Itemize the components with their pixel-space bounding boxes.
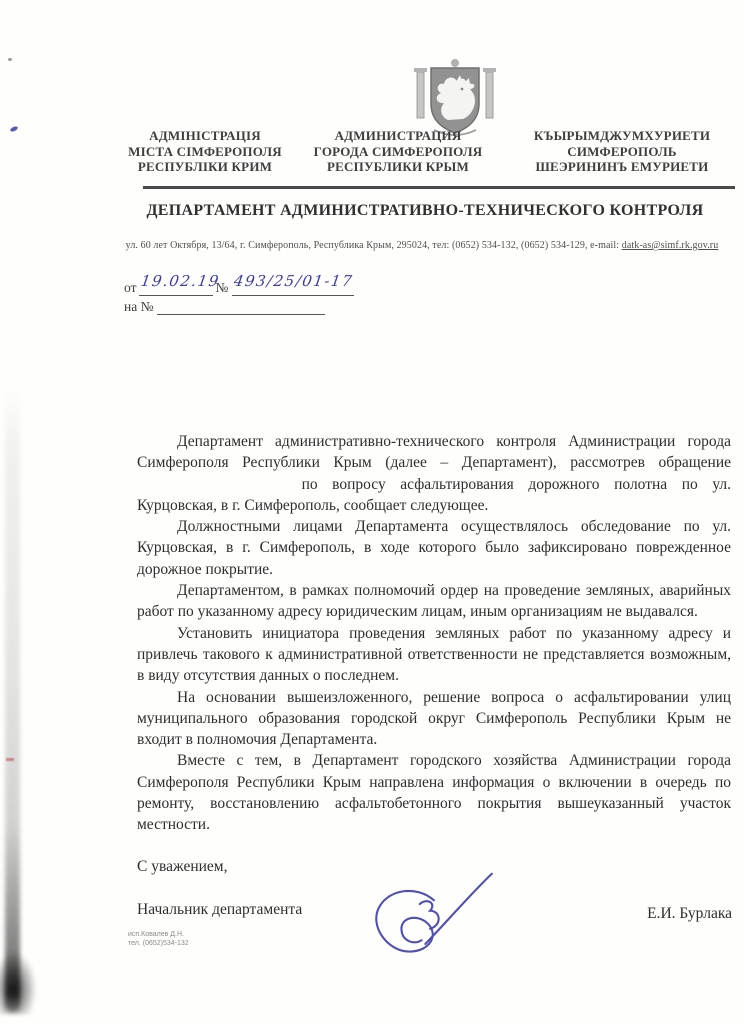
executor-phone: тел. (0652)534-132	[128, 940, 189, 949]
handwritten-number: 493/25/01-17	[233, 272, 355, 290]
org-line: ШЕЭРИНИНЪ ЕМУРИЕТИ	[502, 159, 742, 175]
executor-note: исп.Ковалев Д.Н. тел. (0652)534-132	[128, 931, 189, 948]
org-crimean-tatar: КЪЫРЫМДЖУМХУРИЕТИ СИМФЕРОПОЛЬ ШЕЭРИНИНЪ …	[502, 128, 742, 175]
incoming-ref-row: на №	[124, 297, 354, 316]
handwritten-date: 19.02.19	[140, 272, 221, 290]
coat-of-arms-icon	[404, 56, 506, 138]
outgoing-ref-row: от19.02.19№493/25/01-17	[124, 278, 354, 297]
address-text: ул. 60 лет Октября, 13/64, г. Симферопол…	[126, 240, 622, 251]
closing-salutation: С уважением,	[137, 858, 228, 876]
email-text: datk-as@simf.rk.gov.ru	[622, 240, 719, 251]
contact-line: ул. 60 лет Октября, 13/64, г. Симферопол…	[100, 240, 744, 251]
org-line: АДМІНІСТРАЦІЯ	[116, 128, 294, 144]
signatory-name: Е.И. Бурлака	[600, 905, 732, 923]
org-line: ГОРОДА СИМФЕРОПОЛЯ	[298, 144, 498, 160]
org-line: АДМИНИСТРАЦИЯ	[298, 128, 498, 144]
scan-speck	[8, 58, 12, 61]
scan-edge-streak	[5, 388, 20, 1012]
reply-number-field	[157, 297, 325, 315]
from-label: от	[124, 280, 136, 295]
executor-name: исп.Ковалев Д.Н.	[128, 931, 189, 940]
redacted-gap	[137, 488, 287, 489]
date-field: 19.02.19	[139, 278, 213, 296]
letterhead-organizations: АДМІНІСТРАЦІЯ МІСТА СІМФЕРОПОЛЯ РЕСПУБЛІ…	[116, 128, 742, 175]
signatory-position: Начальник департамента	[137, 901, 302, 919]
org-ukrainian: АДМІНІСТРАЦІЯ МІСТА СІМФЕРОПОЛЯ РЕСПУБЛІ…	[116, 128, 294, 175]
org-line: КЪЫРЫМДЖУМХУРИЕТИ	[502, 128, 742, 144]
org-line: РЕСПУБЛИКИ КРЫМ	[298, 159, 498, 175]
scanned-letter-page: АДМІНІСТРАЦІЯ МІСТА СІМФЕРОПОЛЯ РЕСПУБЛІ…	[0, 0, 744, 1024]
department-title: ДЕПАРТАМЕНТ АДМИНИСТРАТИВНО-ТЕХНИЧЕСКОГО…	[110, 202, 740, 220]
paragraph-2: Должностными лицами Департамента осущест…	[137, 516, 731, 580]
org-line: МІСТА СІМФЕРОПОЛЯ	[116, 144, 294, 160]
paragraph-1-post: по вопросу асфальтирования дорожного пол…	[137, 476, 731, 514]
scan-edge-blob	[0, 952, 36, 1014]
paragraph-1: Департамент административно-технического…	[137, 431, 731, 516]
number-field: 493/25/01-17	[232, 278, 354, 296]
reply-label: на №	[124, 299, 153, 314]
paragraph-6: Вместе с тем, в Департамент городского х…	[137, 750, 731, 835]
org-line: РЕСПУБЛІКИ КРИМ	[116, 159, 294, 175]
org-line: СИМФЕРОПОЛЬ	[502, 144, 742, 160]
letter-body: Департамент административно-технического…	[137, 431, 731, 836]
reference-block: от19.02.19№493/25/01-17 на №	[124, 278, 354, 316]
paragraph-5: На основании вышеизложенного, решение во…	[137, 687, 731, 751]
ink-speck	[10, 125, 19, 132]
handwritten-signature	[362, 868, 502, 963]
paragraph-3: Департаментом, в рамках полномочий ордер…	[137, 580, 731, 623]
paragraph-1-pre: Департамент административно-технического…	[137, 433, 731, 471]
header-divider	[143, 186, 735, 189]
org-russian: АДМИНИСТРАЦИЯ ГОРОДА СИМФЕРОПОЛЯ РЕСПУБЛ…	[298, 128, 498, 175]
paragraph-4: Установить инициатора проведения земляны…	[137, 623, 731, 687]
red-speck	[6, 758, 14, 761]
